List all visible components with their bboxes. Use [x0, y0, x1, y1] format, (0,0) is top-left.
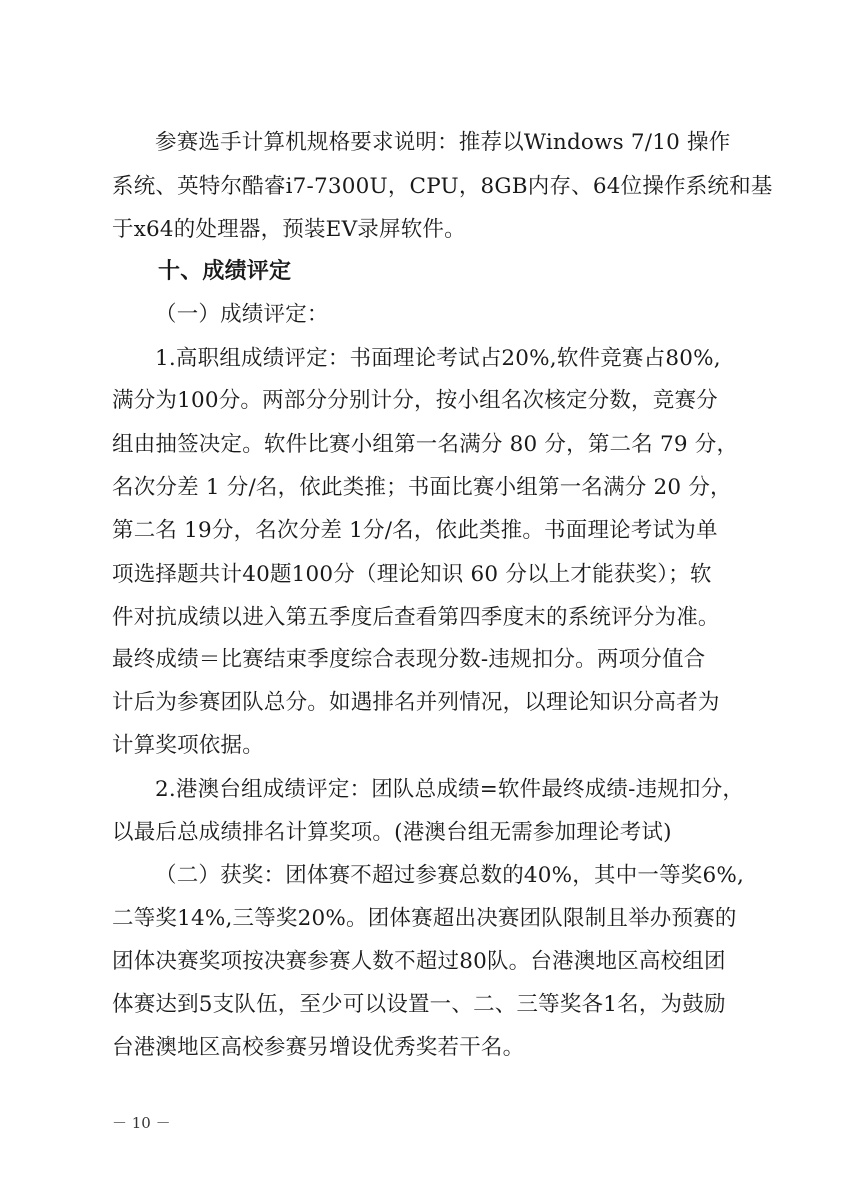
item-1-line-4: 名次分差 1 分/名，依此类推；书面比赛小组第一名满分 20 分， [112, 473, 732, 503]
subsection-2-line-5: 台港澳地区高校参赛另增设优秀奖若干名。 [112, 1033, 524, 1063]
subsection-2-line-3: 团体决赛奖项按决赛参赛人数不超过80队。台港澳地区高校组团 [112, 947, 726, 977]
item-1-line-1: 1.高职组成绩评定：书面理论考试占20%,软件竞赛占80%, [155, 344, 721, 374]
item-1-line-5: 第二名 19分，名次分差 1分/名，依此类推。书面理论考试为单 [112, 516, 718, 546]
document-page: 参赛选手计算机规格要求说明：推荐以Windows 7/10 操作 系统、英特尔酷… [0, 0, 848, 1200]
page-number: － 10 － [112, 1112, 171, 1133]
intro-line-2: 系统、英特尔酷睿i7-7300U，CPU，8GB内存、64位操作系统和基 [112, 172, 773, 202]
intro-line-3: 于x64的处理器，预装EV录屏软件。 [112, 215, 466, 245]
item-1-line-6: 项选择题共计40题100分（理论知识 60 分以上才能获奖）；软 [112, 560, 712, 590]
item-1-line-10: 计算奖项依据。 [112, 731, 264, 761]
item-2-line-1: 2.港澳台组成绩评定：团队总成绩=软件最终成绩-违规扣分， [155, 775, 744, 805]
subsection-2-line-4: 体赛达到5支队伍，至少可以设置一、二、三等奖各1名，为鼓励 [112, 990, 726, 1020]
item-1-line-9: 计后为参赛团队总分。如遇排名并列情况，以理论知识分高者为 [112, 688, 720, 718]
subsection-1-title: （一）成绩评定： [155, 300, 329, 330]
item-1-line-7: 件对抗成绩以进入第五季度后查看第四季度末的系统评分为准。 [112, 603, 720, 633]
item-2-line-2: 以最后总成绩排名计算奖项。(港澳台组无需参加理论考试) [112, 818, 672, 848]
item-1-line-2: 满分为100分。两部分分别计分，按小组名次核定分数，竞赛分 [112, 386, 718, 416]
intro-line-1: 参赛选手计算机规格要求说明：推荐以Windows 7/10 操作 [155, 128, 730, 158]
item-1-line-8: 最终成绩＝比赛结束季度综合表现分数-违规扣分。两项分值合 [112, 645, 705, 675]
item-1-line-3: 组由抽签决定。软件比赛小组第一名满分 80 分，第二名 79 分， [112, 430, 738, 460]
subsection-2-line-1: （二）获奖：团体赛不超过参赛总数的40%，其中一等奖6%, [155, 861, 744, 891]
section-heading: 十、成绩评定 [158, 257, 291, 287]
subsection-2-line-2: 二等奖14%,三等奖20%。团体赛超出决赛团队限制且举办预赛的 [112, 904, 737, 934]
